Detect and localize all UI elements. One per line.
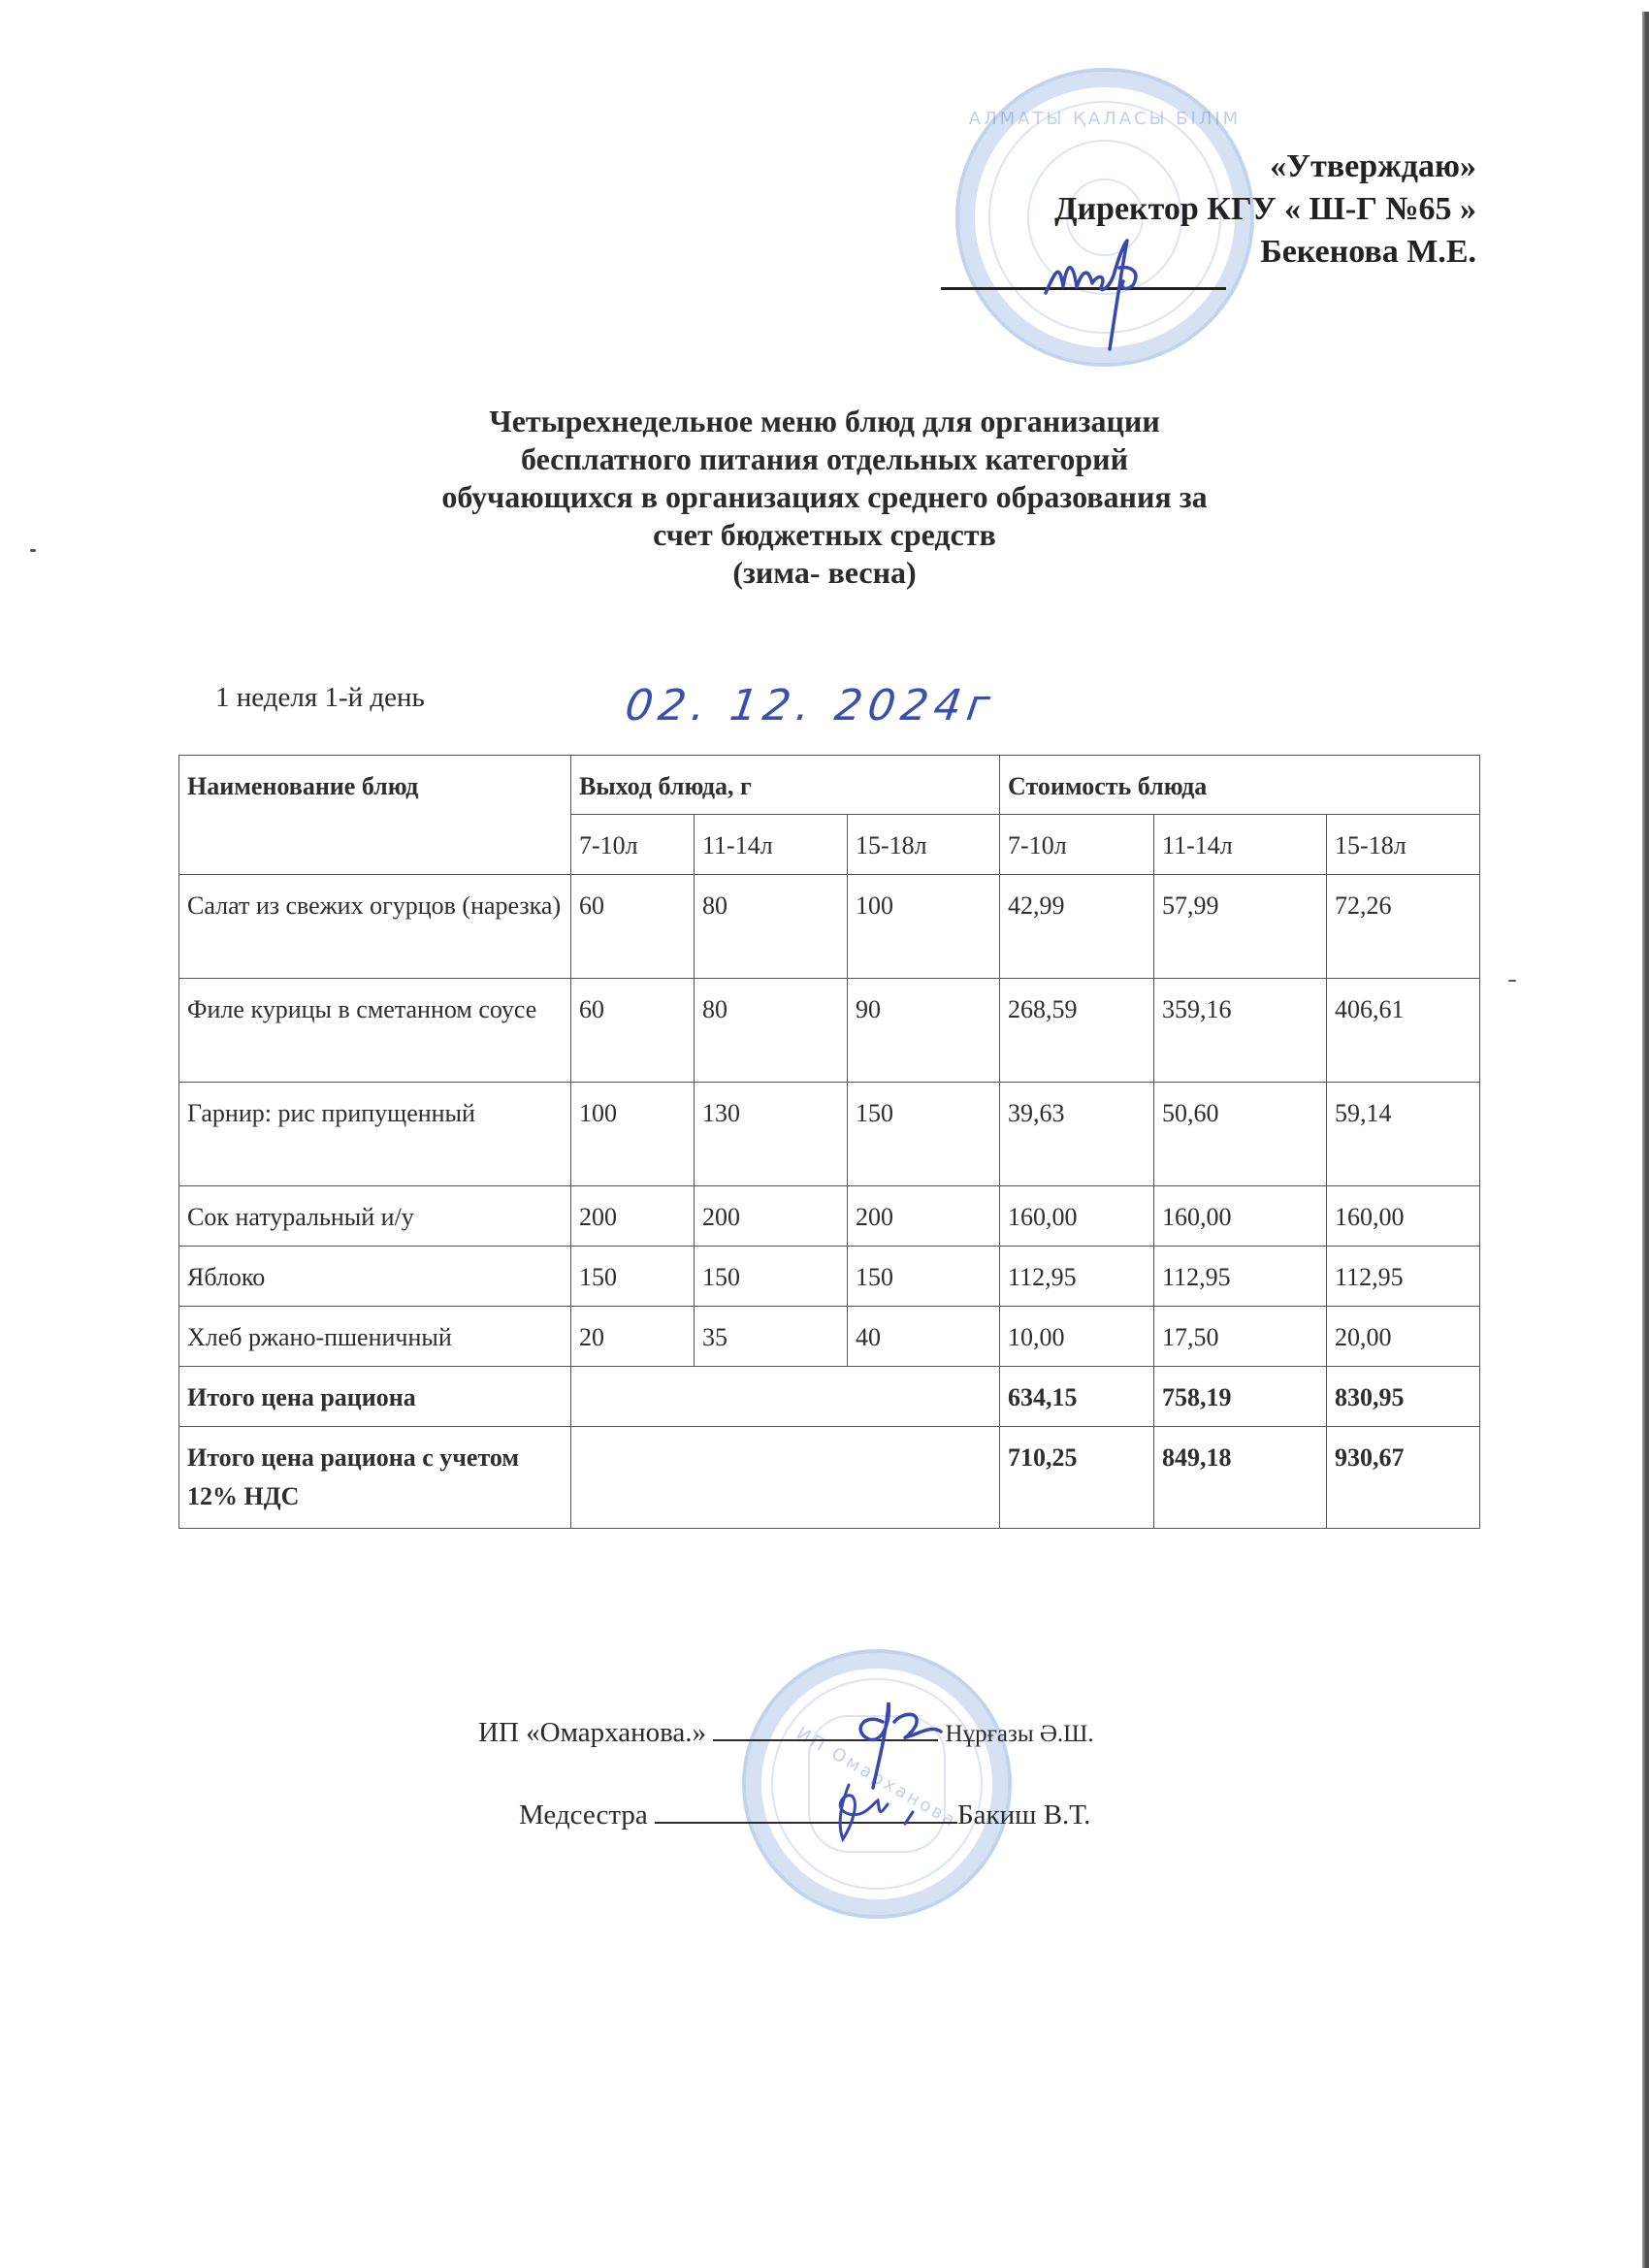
week-day-label: 1 неделя 1-й день [215, 682, 425, 714]
dish-cost: 39,63 [1000, 1083, 1154, 1186]
dish-cost: 59,14 [1327, 1083, 1480, 1186]
approval-position: Директор КГУ « Ш-Г №65 » [1054, 188, 1476, 231]
dish-yield: 40 [848, 1307, 1000, 1367]
table-header-row: Наименование блюд Выход блюда, г Стоимос… [179, 756, 1480, 815]
dish-cost: 17,50 [1154, 1307, 1327, 1367]
approval-block: «Утверждаю» Директор КГУ « Ш-Г №65 » Бек… [1054, 146, 1476, 274]
title-line: счет бюджетных средств [242, 516, 1406, 554]
title-line: обучающихся в организациях среднего обра… [242, 478, 1406, 516]
dish-cost: 160,00 [1000, 1186, 1154, 1247]
dish-yield: 80 [695, 979, 848, 1083]
dish-yield: 20 [571, 1307, 695, 1367]
dish-yield: 80 [695, 875, 848, 979]
scan-speck [30, 549, 36, 552]
menu-table: Наименование блюд Выход блюда, г Стоимос… [178, 755, 1480, 1529]
dish-name: Сок натуральный и/у [179, 1186, 571, 1247]
dish-yield: 200 [695, 1186, 848, 1247]
signoff-nurse: Медсестра Бакиш В.Т. [519, 1799, 1090, 1831]
table-row: Гарнир: рис припущенный10013015039,6350,… [179, 1083, 1480, 1186]
dish-cost: 160,00 [1327, 1186, 1480, 1247]
total-empty-cell [571, 1427, 1000, 1529]
signoff-name: Бакиш В.Т. [957, 1799, 1090, 1831]
table-row: Салат из свежих огурцов (нарезка)6080100… [179, 875, 1480, 979]
age-group-header: 15-18л [848, 815, 1000, 875]
approval-signatory: Бекенова М.Е. [1054, 231, 1476, 274]
dish-yield: 150 [571, 1247, 695, 1307]
total-cost: 930,67 [1327, 1427, 1480, 1529]
handwritten-date: 02. 12. 2024г [622, 681, 998, 730]
signoff-role: ИП «Омарханова.» [478, 1717, 706, 1748]
age-group-header: 15-18л [1327, 815, 1480, 875]
dish-cost: 20,00 [1327, 1307, 1480, 1367]
header-cost: Стоимость блюда [1000, 756, 1480, 815]
total-cost: 634,15 [1000, 1367, 1154, 1427]
total-cost: 758,19 [1154, 1367, 1327, 1427]
dish-cost: 406,61 [1327, 979, 1480, 1083]
dish-yield: 150 [848, 1247, 1000, 1307]
approval-signature-line [941, 287, 1226, 290]
total-label: Итого цена рациона с учетом 12% НДС [179, 1427, 571, 1529]
dish-yield: 90 [848, 979, 1000, 1083]
dish-yield: 150 [848, 1083, 1000, 1186]
table-row: Филе курицы в сметанном соусе608090268,5… [179, 979, 1480, 1083]
dish-cost: 42,99 [1000, 875, 1154, 979]
dish-yield: 130 [695, 1083, 848, 1186]
dish-cost: 112,95 [1327, 1247, 1480, 1307]
dish-name: Филе курицы в сметанном соусе [179, 979, 571, 1083]
title-line: (зима- весна) [242, 554, 1406, 592]
approval-heading: «Утверждаю» [1054, 146, 1476, 188]
scan-edge [1642, 12, 1649, 2268]
dish-cost: 359,16 [1154, 979, 1327, 1083]
table-row: Хлеб ржано-пшеничный20354010,0017,5020,0… [179, 1307, 1480, 1367]
stamp-text: АЛМАТЫ ҚАЛАСЫ БІЛІМ [959, 109, 1250, 129]
age-group-header: 11-14л [695, 815, 848, 875]
title-line: бесплатного питания отдельных категорий [242, 440, 1406, 478]
dish-name: Хлеб ржано-пшеничный [179, 1307, 571, 1367]
dish-cost: 112,95 [1154, 1247, 1327, 1307]
total-cost: 710,25 [1000, 1427, 1154, 1529]
dish-yield: 200 [848, 1186, 1000, 1247]
dish-name: Гарнир: рис припущенный [179, 1083, 571, 1186]
table-row: Сок натуральный и/у200200200160,00160,00… [179, 1186, 1480, 1247]
dish-cost: 50,60 [1154, 1083, 1327, 1186]
dish-yield: 100 [848, 875, 1000, 979]
dish-yield: 35 [695, 1307, 848, 1367]
signoff-role: Медсестра [519, 1799, 648, 1831]
signoff-supplier: ИП «Омарханова.» Нұрғазы Ә.Ш. [478, 1717, 1094, 1749]
dish-yield: 200 [571, 1186, 695, 1247]
signature-line [655, 1821, 957, 1824]
signature-line [713, 1738, 938, 1741]
age-group-header: 7-10л [1000, 815, 1154, 875]
total-row: Итого цена рациона с учетом 12% НДС710,2… [179, 1427, 1480, 1529]
title-line: Четырехнедельное меню блюд для организац… [242, 403, 1406, 440]
total-cost: 849,18 [1154, 1427, 1327, 1529]
header-dish-name: Наименование блюд [179, 756, 571, 875]
dish-name: Салат из свежих огурцов (нарезка) [179, 875, 571, 979]
signoff-name: Нұрғазы Ә.Ш. [946, 1721, 1094, 1747]
header-yield: Выход блюда, г [571, 756, 1000, 815]
dish-yield: 60 [571, 875, 695, 979]
dish-cost: 112,95 [1000, 1247, 1154, 1307]
supplier-stamp: ИП Омарханова [742, 1649, 1012, 1919]
dish-yield: 150 [695, 1247, 848, 1307]
table-row: Яблоко150150150112,95112,95112,95 [179, 1247, 1480, 1307]
dish-yield: 100 [571, 1083, 695, 1186]
document-title: Четырехнедельное меню блюд для организац… [242, 403, 1406, 592]
scan-speck [1508, 980, 1516, 982]
dish-cost: 10,00 [1000, 1307, 1154, 1367]
dish-name: Яблоко [179, 1247, 571, 1307]
dish-cost: 72,26 [1327, 875, 1480, 979]
total-cost: 830,95 [1327, 1367, 1480, 1427]
total-row: Итого цена рациона634,15758,19830,95 [179, 1367, 1480, 1427]
dish-cost: 268,59 [1000, 979, 1154, 1083]
dish-yield: 60 [571, 979, 695, 1083]
total-empty-cell [571, 1367, 1000, 1427]
age-group-header: 11-14л [1154, 815, 1327, 875]
dish-cost: 160,00 [1154, 1186, 1327, 1247]
total-label: Итого цена рациона [179, 1367, 571, 1427]
age-group-header: 7-10л [571, 815, 695, 875]
dish-cost: 57,99 [1154, 875, 1327, 979]
